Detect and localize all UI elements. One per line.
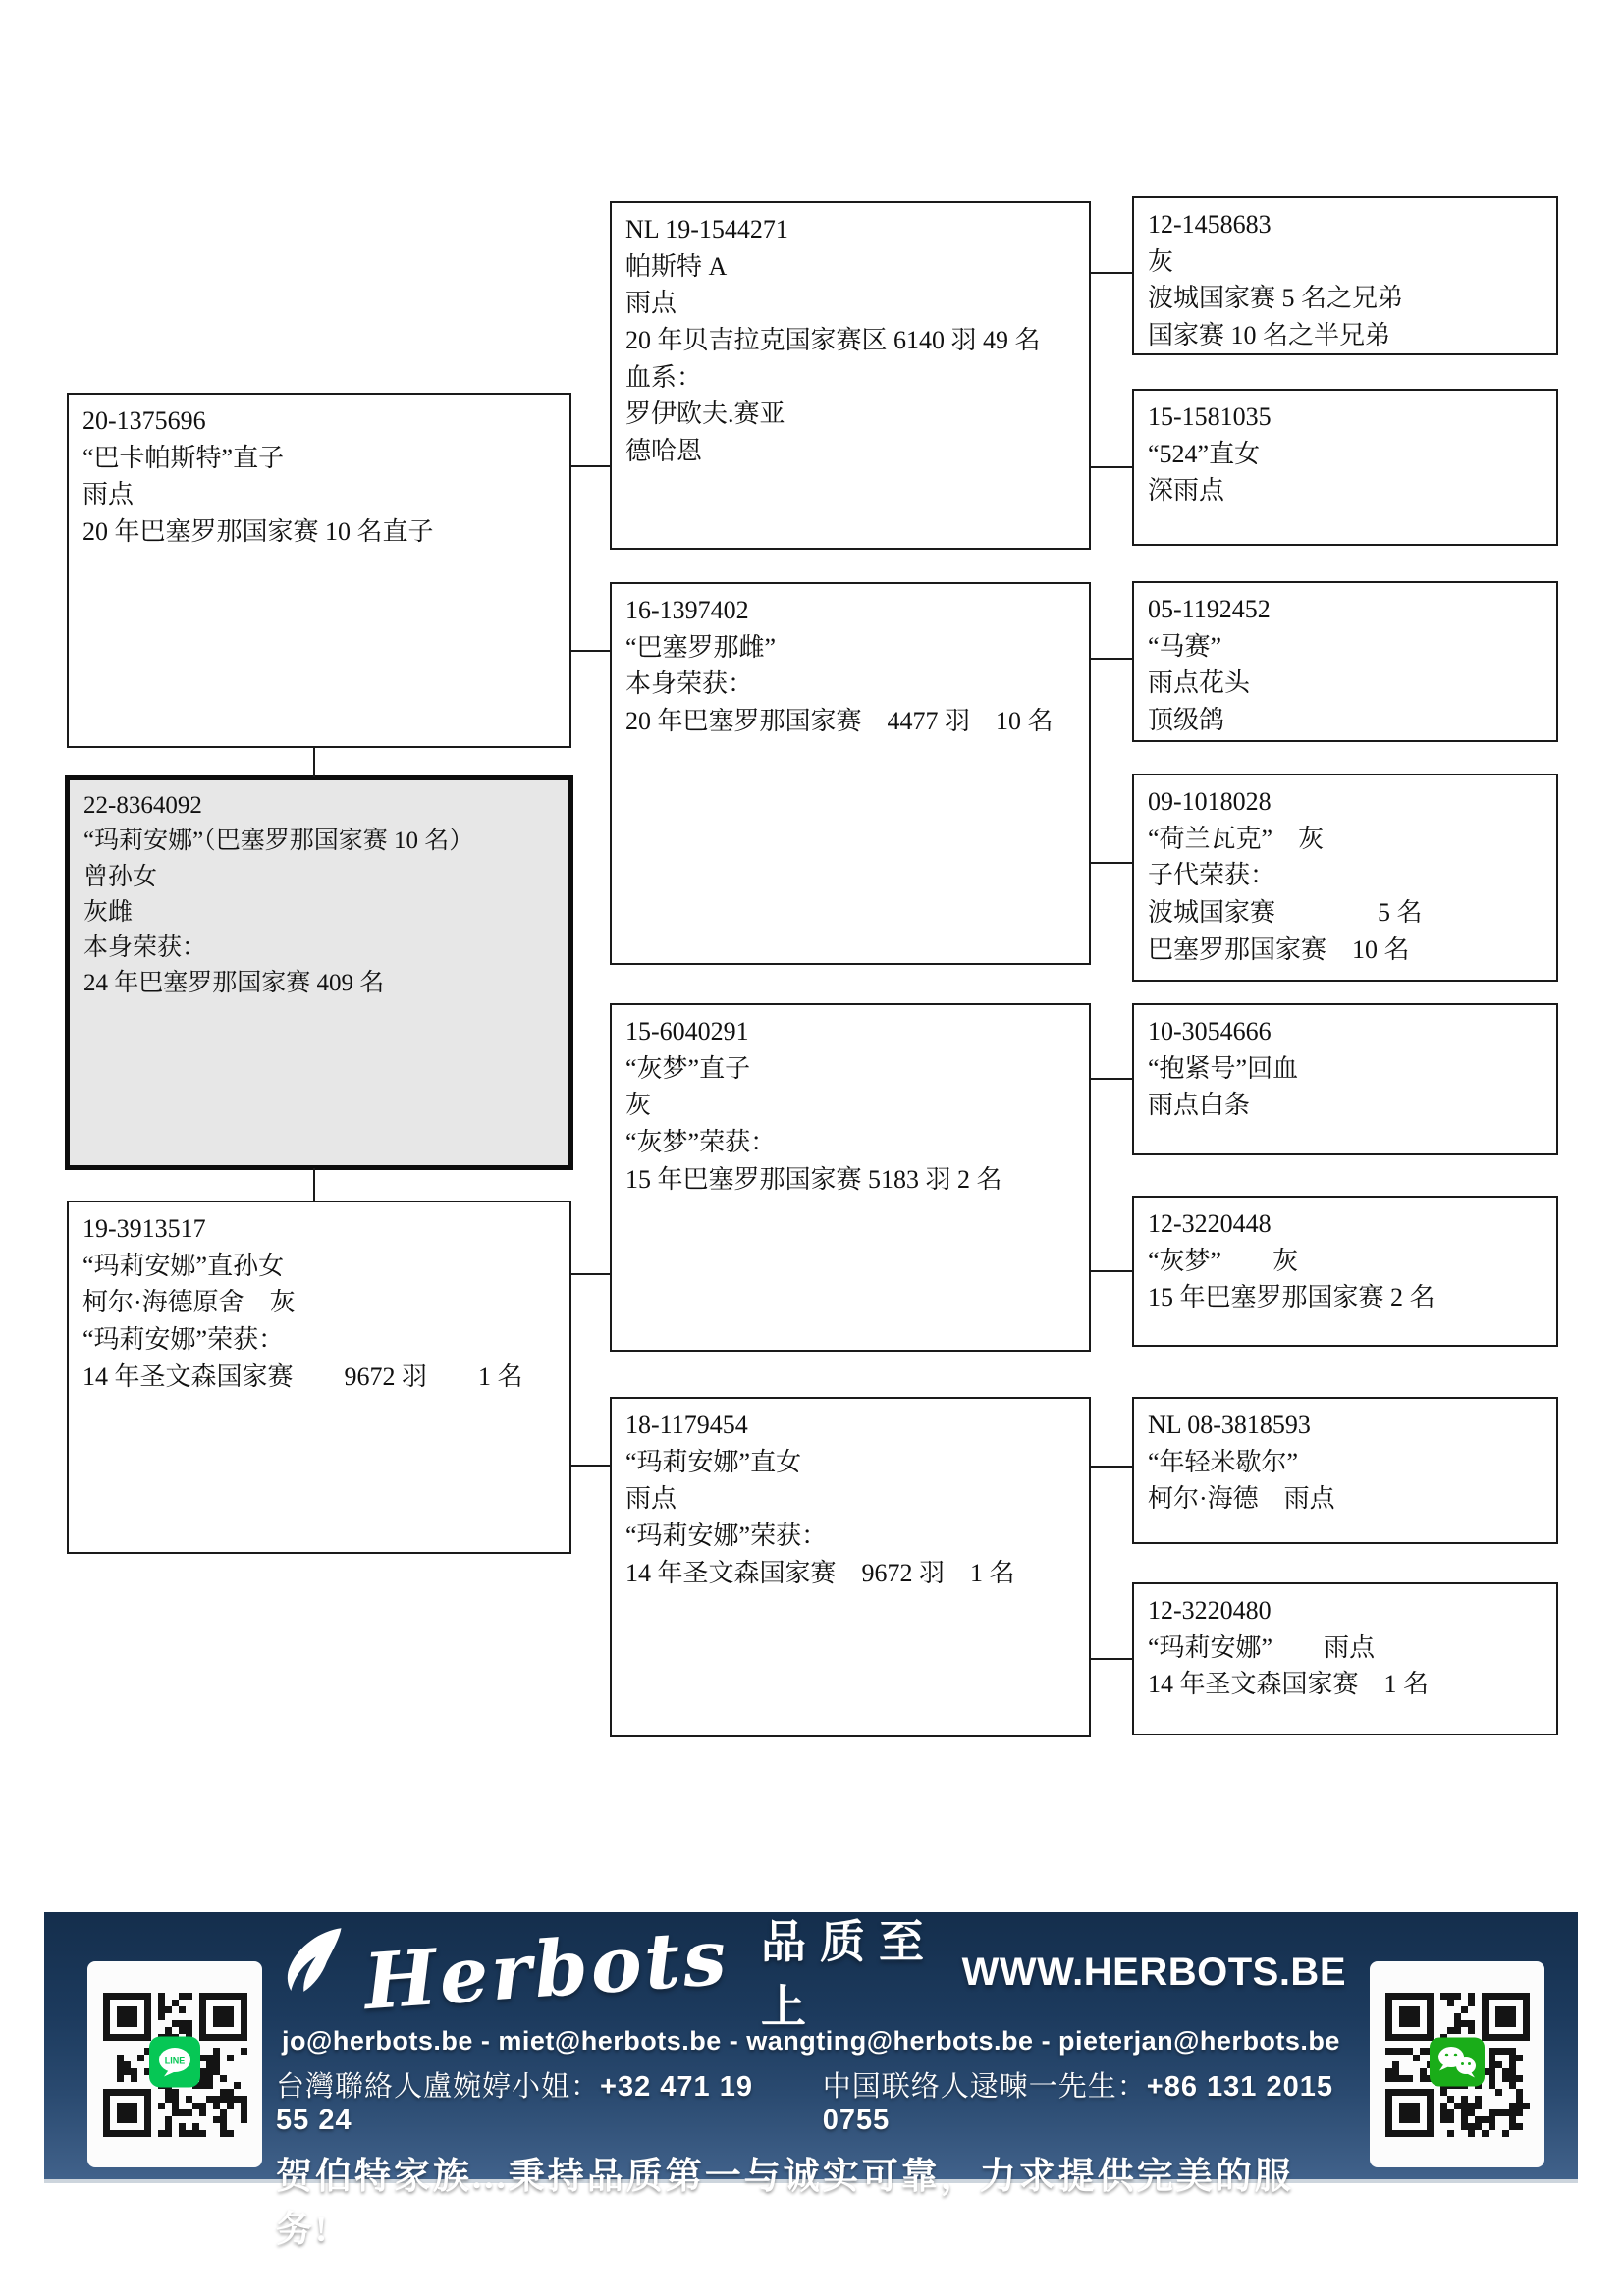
connector-line	[1089, 272, 1134, 274]
pedigree-box-mother: 19-3913517 “玛莉安娜”直孙女 柯尔·海德原舍 灰 “玛莉安娜”荣获：…	[67, 1201, 571, 1554]
pedigree-box-ggparent-1: 12-1458683 灰 波城国家赛 5 名之兄弟 国家赛 10 名之半兄弟	[1132, 196, 1558, 355]
slogan-line: 贺伯特家族...秉持品质第一与诚实可靠，力求提供完美的服务!	[276, 2146, 1346, 2252]
pedigree-box-ggparent-6-text: 12-3220448 “灰梦” 灰 15 年巴塞罗那国家赛 2 名	[1148, 1205, 1543, 1316]
pedigree-box-paternal-granddam-text: 16-1397402 “巴塞罗那雌” 本身荣获： 20 年巴塞罗那国家赛 447…	[625, 592, 1075, 740]
pedigree-box-paternal-grandsire: NL 19-1544271 帕斯特 A 雨点 20 年贝吉拉克国家赛区 6140…	[610, 201, 1091, 550]
pedigree-box-ggparent-7: NL 08-3818593 “年轻米歇尔” 柯尔·海德 雨点	[1132, 1397, 1558, 1544]
pedigree-box-subject-text: 22-8364092 “玛莉安娜”（巴塞罗那国家赛 10 名） 曾孙女 灰雌 本…	[83, 788, 555, 1002]
brand-tagline: 品质至上	[761, 1906, 939, 2042]
website-url: WWW.HERBOTS.BE	[962, 1950, 1346, 1999]
pedigree-box-maternal-grandsire: 15-6040291 “灰梦”直子 灰 “灰梦”荣获： 15 年巴塞罗那国家赛 …	[610, 1003, 1091, 1352]
pedigree-box-ggparent-5-text: 10-3054666 “抱紧号”回血 雨点白条	[1148, 1013, 1543, 1124]
contacts-line: 台灣聯絡人盧婉婷小姐：+32 471 19 55 24 中国联络人逯暕一先生：+…	[276, 2064, 1346, 2137]
pedigree-box-ggparent-5: 10-3054666 “抱紧号”回血 雨点白条	[1132, 1003, 1558, 1155]
pedigree-box-ggparent-1-text: 12-1458683 灰 波城国家赛 5 名之兄弟 国家赛 10 名之半兄弟	[1148, 206, 1543, 354]
pedigree-box-maternal-granddam: 18-1179454 “玛莉安娜”直女 雨点 “玛莉安娜”荣获： 14 年圣文森…	[610, 1397, 1091, 1737]
qr-card-line: LINE	[87, 1961, 262, 2167]
brand-logo-text: Herbots	[361, 1911, 740, 2036]
pedigree-box-ggparent-8: 12-3220480 “玛莉安娜” 雨点 14 年圣文森国家赛 1 名	[1132, 1582, 1558, 1735]
svg-text:LINE: LINE	[165, 2056, 186, 2066]
pedigree-box-ggparent-2: 15-1581035 “524”直女 深雨点	[1132, 389, 1558, 546]
pedigree-page: 20-1375696 “巴卡帕斯特”直子 雨点 20 年巴塞罗那国家赛 10 名…	[0, 0, 1624, 2296]
brand-row: Herbots 品质至上 WWW.HERBOTS.BE	[276, 1924, 1346, 2024]
pedigree-box-paternal-grandsire-text: NL 19-1544271 帕斯特 A 雨点 20 年贝吉拉克国家赛区 6140…	[625, 211, 1075, 470]
line-icon: LINE	[149, 2037, 200, 2093]
connector-line	[1089, 1270, 1134, 1272]
connector-line	[569, 1465, 612, 1467]
connector-line	[569, 1273, 612, 1275]
pedigree-box-subject: 22-8364092 “玛莉安娜”（巴塞罗那国家赛 10 名） 曾孙女 灰雌 本…	[65, 775, 573, 1170]
pedigree-box-father-text: 20-1375696 “巴卡帕斯特”直子 雨点 20 年巴塞罗那国家赛 10 名…	[82, 402, 556, 551]
feather-icon	[269, 1923, 360, 2007]
pedigree-box-paternal-granddam: 16-1397402 “巴塞罗那雌” 本身荣获： 20 年巴塞罗那国家赛 447…	[610, 582, 1091, 965]
pedigree-box-ggparent-6: 12-3220448 “灰梦” 灰 15 年巴塞罗那国家赛 2 名	[1132, 1196, 1558, 1347]
pedigree-box-ggparent-2-text: 15-1581035 “524”直女 深雨点	[1148, 399, 1543, 509]
connector-line	[569, 465, 612, 467]
pedigree-box-ggparent-7-text: NL 08-3818593 “年轻米歇尔” 柯尔·海德 雨点	[1148, 1407, 1543, 1518]
pedigree-box-maternal-grandsire-text: 15-6040291 “灰梦”直子 灰 “灰梦”荣获： 15 年巴塞罗那国家赛 …	[625, 1013, 1075, 1198]
pedigree-box-mother-text: 19-3913517 “玛莉安娜”直孙女 柯尔·海德原舍 灰 “玛莉安娜”荣获：…	[82, 1210, 556, 1395]
pedigree-box-father: 20-1375696 “巴卡帕斯特”直子 雨点 20 年巴塞罗那国家赛 10 名…	[67, 393, 571, 748]
footer-banner: LINE Herbots 品质至上 WWW.HERBOTS.BE jo@herb…	[44, 1912, 1578, 2183]
footer-center: Herbots 品质至上 WWW.HERBOTS.BE jo@herbots.b…	[276, 1912, 1346, 2179]
connector-line	[1089, 466, 1134, 468]
connector-line	[569, 650, 612, 652]
qr-card-wechat	[1370, 1961, 1544, 2167]
contact-china-label: 中国联络人逯暕一先生：	[823, 2071, 1147, 2103]
wechat-icon	[1430, 2038, 1485, 2092]
pedigree-box-ggparent-8-text: 12-3220480 “玛莉安娜” 雨点 14 年圣文森国家赛 1 名	[1148, 1592, 1543, 1703]
contact-taiwan: 台灣聯絡人盧婉婷小姐：+32 471 19 55 24	[276, 2064, 778, 2137]
pedigree-box-ggparent-3: 05-1192452 “马赛” 雨点花头 顶级鸽	[1132, 581, 1558, 742]
connector-line	[1089, 658, 1134, 660]
pedigree-box-maternal-granddam-text: 18-1179454 “玛莉安娜”直女 雨点 “玛莉安娜”荣获： 14 年圣文森…	[625, 1407, 1075, 1591]
contact-taiwan-label: 台灣聯絡人盧婉婷小姐：	[276, 2071, 600, 2103]
connector-line	[1089, 1466, 1134, 1468]
pedigree-box-ggparent-4-text: 09-1018028 “荷兰瓦克” 灰 子代荣获： 波城国家赛 5 名 巴塞罗那…	[1148, 783, 1543, 968]
connector-line	[1089, 862, 1134, 864]
contact-china: 中国联络人逯暕一先生：+86 131 2015 0755	[823, 2064, 1346, 2137]
connector-line	[1089, 1078, 1134, 1080]
pedigree-box-ggparent-3-text: 05-1192452 “马赛” 雨点花头 顶级鸽	[1148, 591, 1543, 739]
connector-line	[313, 746, 315, 777]
connector-line	[313, 1168, 315, 1202]
connector-line	[1089, 1658, 1134, 1660]
pedigree-box-ggparent-4: 09-1018028 “荷兰瓦克” 灰 子代荣获： 波城国家赛 5 名 巴塞罗那…	[1132, 774, 1558, 982]
